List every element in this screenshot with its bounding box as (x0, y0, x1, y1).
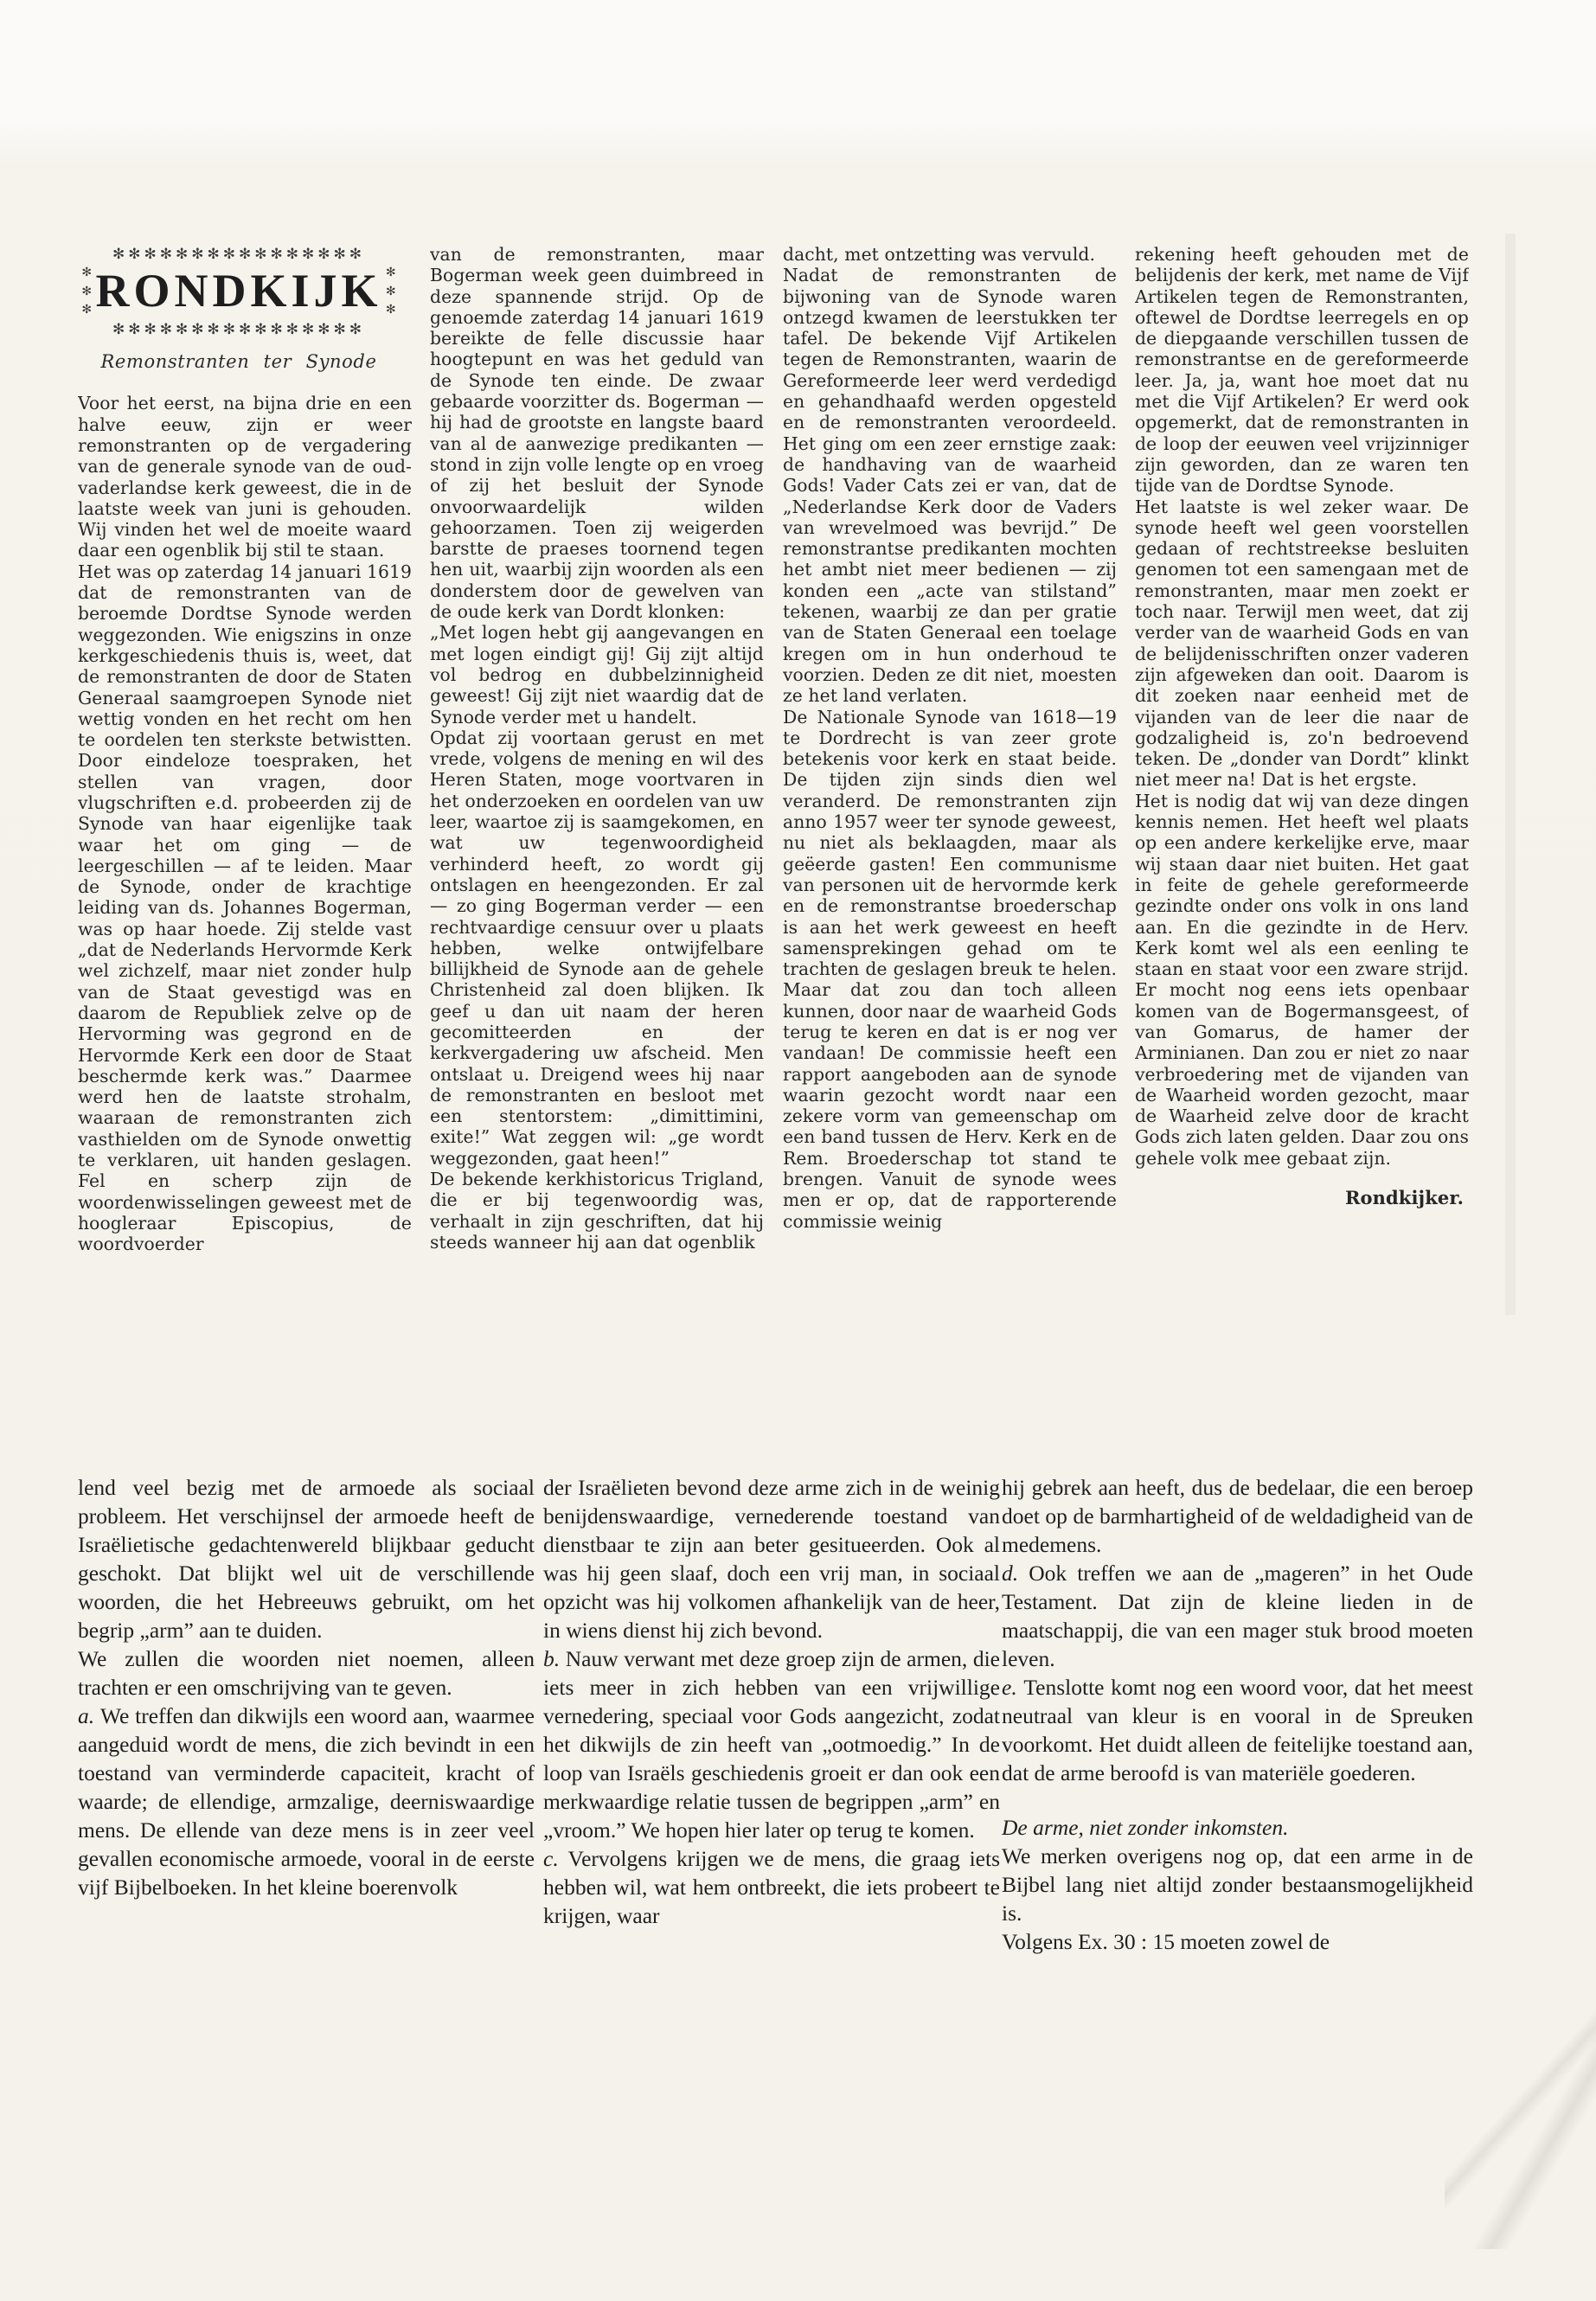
paragraph-lead: a. (78, 1703, 100, 1728)
paragraph-text: Het laatste is wel zeker waar. De synode… (1135, 497, 1469, 791)
paragraph-lead: e. (1002, 1675, 1023, 1700)
paragraph: Opdat zij voortaan gerust en met vrede, … (430, 727, 764, 1169)
ornament-border-left-icon: ✻ ✻ ✻ (78, 264, 95, 320)
paragraph: lend veel bezig met de armoede als socia… (78, 1473, 535, 1644)
paragraph: rekening heeft gehouden met de belijdeni… (1135, 244, 1469, 497)
paragraph-lead: d. (1002, 1561, 1029, 1586)
rondkijk-masthead: ✻✻✻✻✻✻✻✻✻✻✻✻✻✻✻✻ ✻ ✻ ✻ RONDKIJK ✻ ✻ ✻ ✻✻… (78, 245, 400, 339)
paragraph: Voor het eerst, na bijna drie en een hal… (78, 393, 412, 561)
paragraph-text: Nadat de remonstranten de bijwoning van … (783, 265, 1117, 706)
paragraph-text: Opdat zij voortaan gerust en met vrede, … (430, 727, 764, 1169)
paragraph: Het laatste is wel zeker waar. De synode… (1135, 497, 1469, 791)
paragraph-text: Voor het eerst, na bijna drie en een hal… (78, 393, 412, 561)
paragraph: e.Tenslotte komt nog een woord voor, dat… (1002, 1673, 1473, 1787)
paragraph: c.Vervolgens krijgen we de mens, die gra… (543, 1844, 1000, 1930)
paragraph: Het was op zaterdag 14 januari 1619 dat … (78, 561, 412, 1255)
paragraph: a.We treffen dan dikwijls een woord aan,… (78, 1702, 535, 1901)
article-column-1: ✻✻✻✻✻✻✻✻✻✻✻✻✻✻✻✻ ✻ ✻ ✻ RONDKIJK ✻ ✻ ✻ ✻✻… (78, 245, 412, 1255)
paragraph-text: van de remonstranten, maar Bogerman week… (430, 244, 764, 622)
paragraph-text: „Met logen hebt gij aangevangen en met l… (430, 622, 764, 727)
paragraph-text: hij gebrek aan heeft, dus de bedelaar, d… (1002, 1475, 1473, 1557)
paragraph: b.Nauw verwant met deze groep zijn de ar… (543, 1644, 1000, 1844)
paragraph: We zullen die woorden niet noemen, allee… (78, 1644, 535, 1702)
paragraph: De bekende kerkhistoricus Trigland, die … (430, 1169, 764, 1253)
paragraph: Volgens Ex. 30 : 15 moeten zowel de (1002, 1927, 1473, 1956)
lower-article-column-1: lend veel bezig met de armoede als socia… (78, 1473, 535, 1901)
paragraph: „Met logen hebt gij aangevangen en met l… (430, 622, 764, 727)
paragraph: hij gebrek aan heeft, dus de bedelaar, d… (1002, 1473, 1473, 1559)
paragraph-lead: b. (543, 1646, 566, 1671)
paragraph-text: Nauw verwant met deze groep zijn de arme… (543, 1646, 1000, 1843)
paragraph-text: Vervolgens krijgen we de mens, die graag… (543, 1846, 1000, 1928)
column-title: RONDKIJK (95, 266, 381, 317)
paragraph-text: der Israëlieten bevond deze arme zich in… (543, 1475, 1000, 1643)
ornament-border-bottom-icon: ✻✻✻✻✻✻✻✻✻✻✻✻✻✻✻✻ (78, 320, 400, 339)
paragraph-text: Volgens Ex. 30 : 15 moeten zowel de (1002, 1929, 1330, 1954)
paragraph-text: De bekende kerkhistoricus Trigland, die … (430, 1169, 764, 1253)
lower-article-column-2: der Israëlieten bevond deze arme zich in… (543, 1473, 1000, 1930)
ornament-border-top-icon: ✻✻✻✻✻✻✻✻✻✻✻✻✻✻✻✻ (78, 245, 400, 264)
column-1-text: Voor het eerst, na bijna drie en een hal… (78, 393, 412, 1254)
paragraph-text: lend veel bezig met de armoede als socia… (78, 1475, 535, 1643)
paragraph-text: dacht, met ontzetting was vervuld. (783, 244, 1095, 265)
scan-artifact-streak (1505, 234, 1516, 1315)
byline: Rondkijker. (1135, 1188, 1469, 1208)
paragraph-text: De arme, niet zonder inkomsten. (1002, 1815, 1288, 1840)
article-column-2: van de remonstranten, maar Bogerman week… (430, 244, 764, 1253)
paragraph-text: Het was op zaterdag 14 januari 1619 dat … (78, 561, 412, 1255)
column-4-text: rekening heeft gehouden met de belijdeni… (1135, 244, 1469, 1169)
paragraph-text: De Nationale Synode van 1618—19 te Dordr… (783, 707, 1117, 1232)
paragraph: der Israëlieten bevond deze arme zich in… (543, 1473, 1000, 1644)
paragraph-text: Het is nodig dat wij van deze dingen ken… (1135, 791, 1469, 1169)
paragraph-text: Tenslotte komt nog een woord voor, dat h… (1002, 1675, 1473, 1785)
paragraph: d.Ook treffen we aan de „mageren” in het… (1002, 1559, 1473, 1673)
article-column-3: dacht, met ontzetting was vervuld.Nadat … (783, 244, 1117, 1232)
paragraph-text: Ook treffen we aan de „mageren” in het O… (1002, 1561, 1473, 1671)
paragraph-lead: c. (543, 1846, 567, 1871)
ornament-border-right-icon: ✻ ✻ ✻ (382, 264, 400, 320)
paragraph-text: rekening heeft gehouden met de belijdeni… (1135, 244, 1469, 496)
paragraph-text: We treffen dan dikwijls een woord aan, w… (78, 1703, 535, 1900)
paragraph: Nadat de remonstranten de bijwoning van … (783, 265, 1117, 706)
paragraph-text: We zullen die woorden niet noemen, allee… (78, 1646, 535, 1700)
page-fold-crease (1445, 1972, 1596, 2249)
paragraph: Het is nodig dat wij van deze dingen ken… (1135, 791, 1469, 1169)
article-column-4: rekening heeft gehouden met de belijdeni… (1135, 244, 1469, 1208)
paragraph: De arme, niet zonder inkomsten. (1002, 1813, 1473, 1842)
paragraph: van de remonstranten, maar Bogerman week… (430, 244, 764, 622)
paragraph: We merken overigens nog op, dat een arme… (1002, 1842, 1473, 1927)
paragraph-text: We merken overigens nog op, dat een arme… (1002, 1843, 1473, 1926)
paragraph: De Nationale Synode van 1618—19 te Dordr… (783, 707, 1117, 1232)
article-subtitle: Remonstranten ter Synode (78, 351, 400, 372)
lower-article-column-3: hij gebrek aan heeft, dus de bedelaar, d… (1002, 1473, 1473, 1956)
paragraph: dacht, met ontzetting was vervuld. (783, 244, 1117, 265)
newspaper-page: { "page": { "paper_color": "#f4f2ea", "i… (0, 0, 1596, 2301)
